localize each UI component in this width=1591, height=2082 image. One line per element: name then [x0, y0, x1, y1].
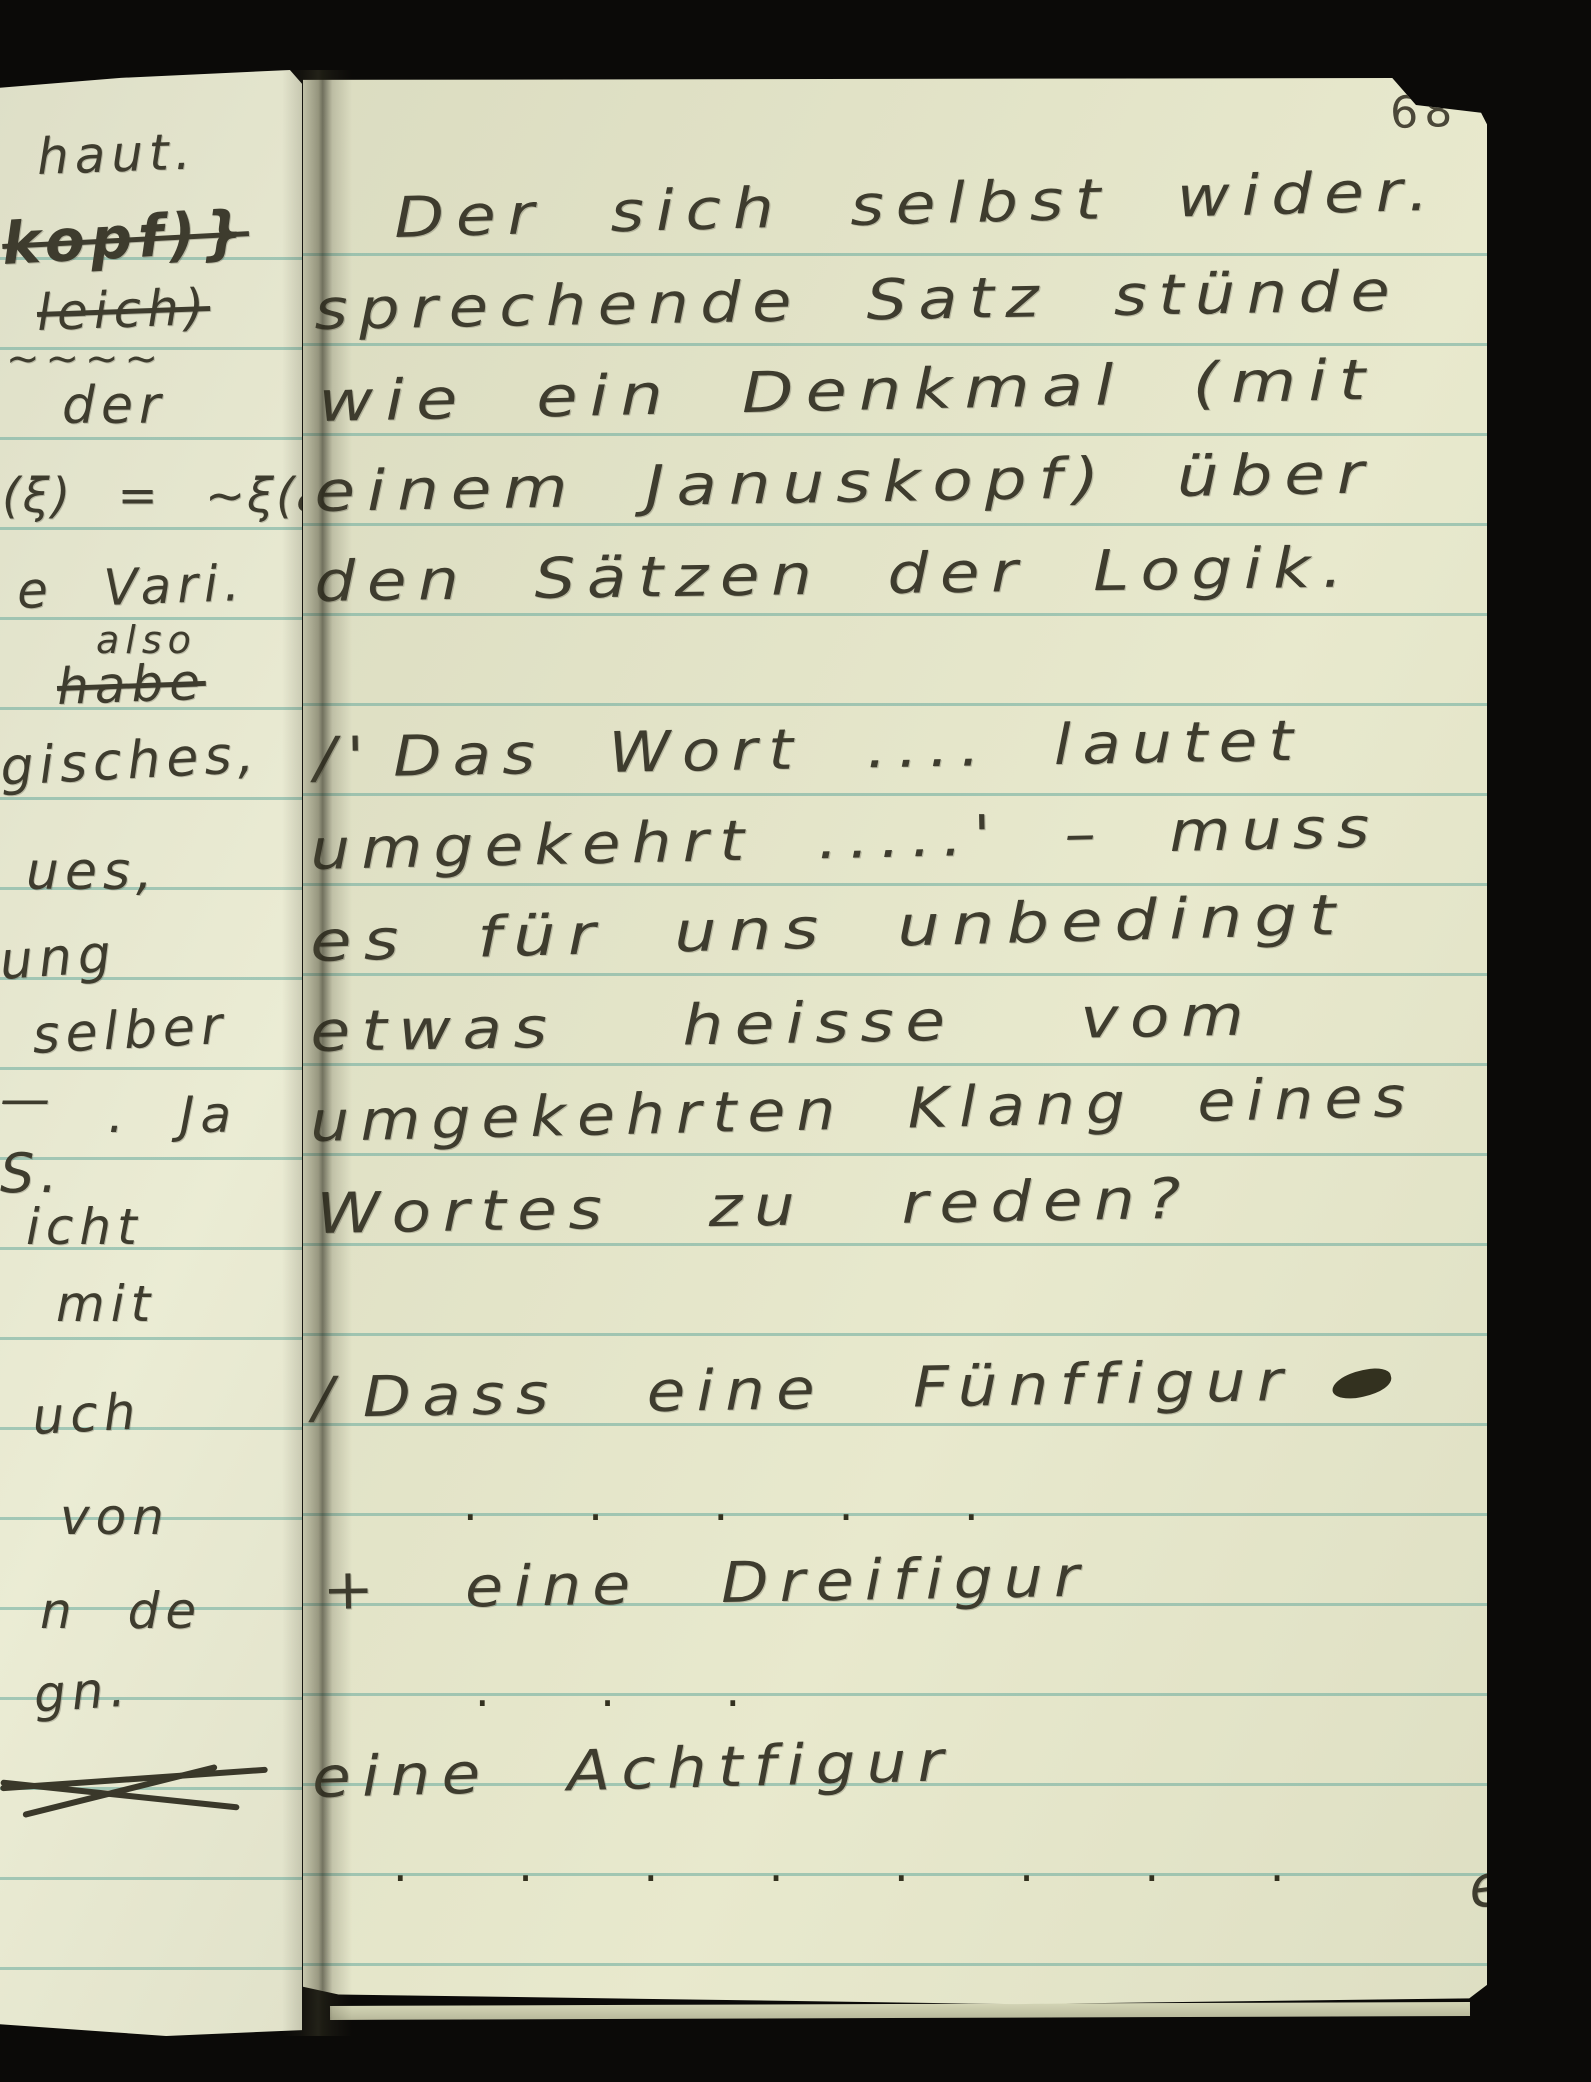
- handwritten-line: Der sich selbst wider.: [393, 159, 1441, 251]
- page-number: 68: [1389, 86, 1459, 139]
- handwritten-fragment: selber: [31, 996, 230, 1066]
- handwritten-text: ergibt: [1465, 1826, 1591, 1922]
- handwritten-fragment-struck: leich): [36, 278, 211, 342]
- dot-row: · · ·: [475, 1676, 774, 1730]
- handwritten-fragment: ues,: [26, 842, 159, 902]
- handwritten-fragment-struck: habe: [56, 653, 207, 716]
- handwritten-fragment: haut.: [36, 122, 197, 186]
- handwritten-fragment: ung: [0, 924, 119, 992]
- dot-row: · · · · ·: [463, 1490, 1013, 1544]
- handwritten-fragment: S.: [0, 1142, 63, 1205]
- handwritten-fragment: n de: [40, 1582, 202, 1640]
- page-stack-edge: [330, 2002, 1470, 2020]
- left-notebook-page: haut. kopf)} leich) ~~~~ der (ξ) = ~ξ(ξ)…: [0, 70, 302, 2036]
- handwritten-fragment: uch: [31, 1382, 143, 1446]
- handwritten-fragment: gn.: [32, 1659, 133, 1724]
- right-notebook-page: 68 Der sich selbst wider. sprechende Sat…: [303, 78, 1487, 2008]
- stray-stroke: —: [0, 1070, 56, 1128]
- scribbled-out-word: [0, 1758, 270, 1828]
- handwritten-line: + eine Dreifigur: [322, 1545, 1091, 1623]
- dot-row: · · · · · · · ·: [393, 1851, 1318, 1905]
- handwritten-fragment-struck: kopf)}: [0, 197, 250, 278]
- handwritten-line: · · · · · · · ·ergibt: [393, 1840, 1591, 1908]
- handwritten-fragment: der: [62, 376, 166, 436]
- ink-blot-scribble: [1329, 1365, 1394, 1403]
- handwritten-fragment: mit: [56, 1275, 156, 1333]
- handwritten-fragment: e Vari.: [16, 554, 247, 620]
- scribble-stroke: [22, 1764, 218, 1818]
- handwritten-fragment: von: [60, 1488, 170, 1546]
- binding-gutter-shadow: [282, 70, 352, 2036]
- handwritten-fragment: icht: [26, 1198, 143, 1256]
- scribble-stroke: [0, 1779, 239, 1810]
- photograph-background: haut. kopf)} leich) ~~~~ der (ξ) = ~ξ(ξ)…: [0, 0, 1591, 2082]
- handwritten-fragment: . Ja: [108, 1086, 237, 1144]
